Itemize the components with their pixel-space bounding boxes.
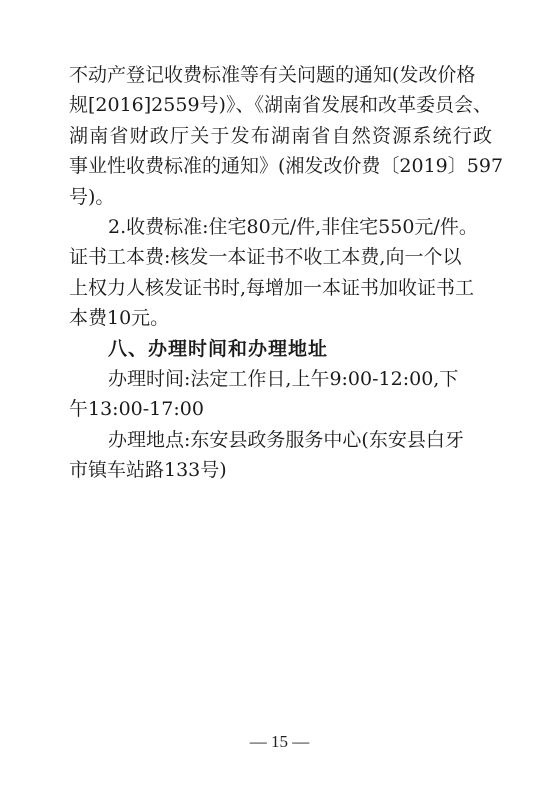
heading-text: 八、办理时间和办理地址 (108, 338, 328, 360)
document-page: 不动产登记收费标准等有关问题的通知(发改价格 规[2016]2559号)》、《湖… (0, 0, 559, 793)
paragraph-line: 湖南省财政厅关于发布湖南省自然资源系统行政 (69, 121, 499, 151)
office-hours-line: 办理时间:法定工作日,上午9:00-12:00,下 (69, 364, 499, 394)
line-text: 证书工本费:核发一本证书不收工本费,向一个以 (69, 246, 461, 268)
page-number: — 15 — (0, 732, 559, 752)
line-text: 事业性收费标准的通知》(湘发改价费〔2019〕597 (69, 155, 503, 177)
line-text: 2.收费标准:住宅80元/件,非住宅550元/件。 (108, 216, 478, 238)
fee-standard-line: 2.收费标准:住宅80元/件,非住宅550元/件。 (69, 212, 499, 242)
line-text: 本费10元。 (69, 307, 169, 329)
line-text: 办理地点:东安县政务服务中心(东安县白牙 (108, 429, 464, 451)
paragraph-line: 号)。 (69, 182, 499, 212)
address-line: 办理地点:东安县政务服务中心(东安县白牙 (69, 425, 499, 455)
paragraph-line: 规[2016]2559号)》、《湖南省发展和改革委员会、 (69, 90, 499, 120)
paragraph-line: 本费10元。 (69, 303, 499, 333)
line-text: 规[2016]2559号)》、《湖南省发展和改革委员会、 (69, 94, 492, 116)
line-text: 湖南省财政厅关于发布湖南省自然资源系统行政 (69, 125, 493, 147)
line-text: 午13:00-17:00 (69, 398, 204, 420)
office-hours-line: 午13:00-17:00 (69, 394, 499, 424)
paragraph-line: 不动产登记收费标准等有关问题的通知(发改价格 (69, 60, 499, 90)
address-line: 市镇车站路133号) (69, 455, 499, 485)
paragraph-line: 上权力人核发证书时,每增加一本证书加收证书工 (69, 273, 499, 303)
section-heading: 八、办理时间和办理地址 (69, 334, 499, 364)
line-text: 办理时间:法定工作日,上午9:00-12:00,下 (108, 368, 458, 390)
body-text: 不动产登记收费标准等有关问题的通知(发改价格 规[2016]2559号)》、《湖… (69, 60, 499, 485)
line-text: 不动产登记收费标准等有关问题的通知(发改价格 (69, 60, 475, 90)
paragraph-line: 事业性收费标准的通知》(湘发改价费〔2019〕597 (69, 151, 499, 181)
line-text: 上权力人核发证书时,每增加一本证书加收证书工 (69, 277, 474, 299)
line-text: 市镇车站路133号) (69, 459, 227, 481)
line-text: 号)。 (69, 186, 114, 208)
paragraph-line: 证书工本费:核发一本证书不收工本费,向一个以 (69, 242, 499, 272)
